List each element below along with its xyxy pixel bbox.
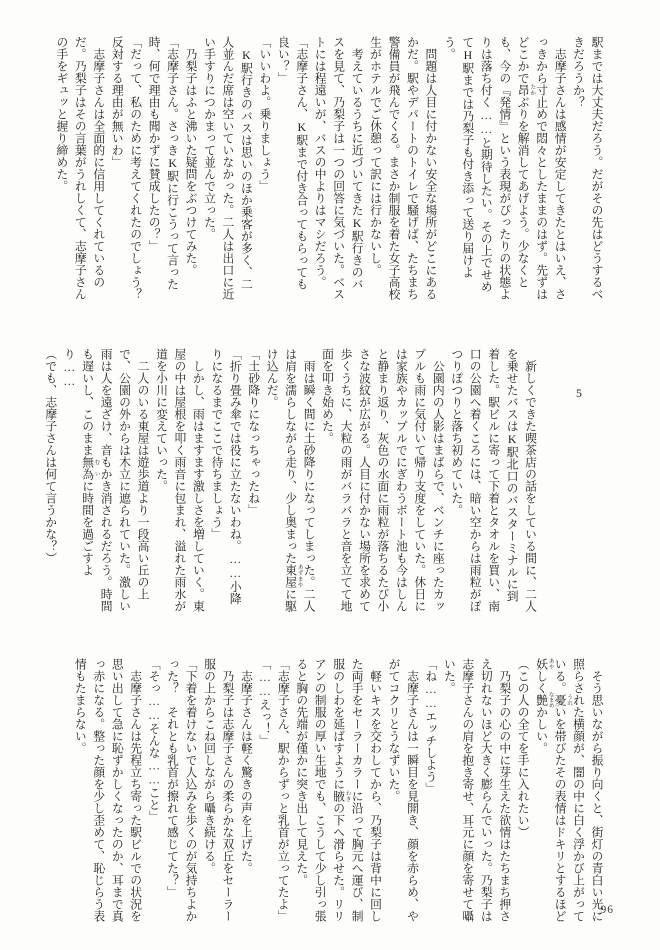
paragraph: （この人の全てを手に入れたい） (514, 658, 532, 923)
paragraph: 駅までは大丈夫だろう。だがその先はどうするべきだろうか？ (569, 36, 606, 301)
paragraph: 志摩子さんは一瞬目を見開き、顔を赤らめ、やがてコクリとうなずいた。 (385, 658, 422, 923)
paragraph: 雨は瞬く間に土砂降りになってしまった。二人は肩を濡らしながら走り、少し奥まった東… (263, 348, 318, 613)
section-number-heading: 5 (570, 348, 588, 613)
paragraph: 「いいわよ。乗りましょう」 (255, 36, 273, 301)
paragraph: 問題は人目に付かない安全な場所がどこにあるかだ。駅やデパートのトイレで騒げば、た… (366, 36, 440, 301)
paragraph: 「下着を着けないで人込みを歩くのが気持ちよかった？ それとも乳首が擦れて感じてた… (163, 658, 200, 923)
paragraph: 「土砂降りになっちゃったね」 (244, 348, 262, 613)
paragraph: 公園内の人影はまばらで、ベンチに座ったカップルも雨に気付いて帰り支度をしていた。… (318, 348, 447, 613)
paragraph: 「そっ……そんな……こと」 (145, 658, 163, 923)
paragraph: 「志摩子さん、駅からずっと乳首が立ってたよ」 (274, 658, 292, 923)
paragraph: 乃梨子は志摩子さんの柔らかな双丘をセーラー服の上からこね回しながら囁き続ける。 (200, 658, 237, 923)
page-number: 96 (601, 904, 615, 916)
band-3: そう思いながら振り向くと、街灯の青白い光に照らされた横顔が、闇の中に白く浮かび上… (66, 658, 606, 923)
paragraph: 軽いキスを交わしてから、乃梨子は背中に回した両手をセーラーカラーに沿って胸元へ運… (292, 658, 384, 923)
paragraph: そう思いながら振り向くと、街灯の青白い光に照らされた横顔が、闇の中に白く浮かび上… (532, 658, 606, 923)
paragraph: 乃梨子はふと沸いた疑問をぶつけてみた。 (182, 36, 200, 301)
paragraph: 「だって、私のために考えてくれたのでしょう？反対する理由が無いわ」 (108, 36, 145, 301)
paragraph: 二人のいる東屋は遊歩道より一段高い丘の上で、公園の外からは木立に遮られていた。激… (60, 348, 152, 613)
paragraph: 志摩子さんは全面的に信用してくれているのだ。乃梨子はその言葉がうれしくて、志摩子… (52, 36, 107, 301)
paragraph: 乃梨子の心の中に芽生えた欲情はたちまち押さえ切れないほど大きく膨らんでいった。乃… (440, 658, 514, 923)
paragraph: 「志摩子さん、K駅まで付き合ってもらっても良い？」 (274, 36, 311, 301)
paragraph: 「……えっ！」 (255, 658, 273, 923)
band-1: 駅までは大丈夫だろう。だがその先はどうするべきだろうか？ 志摩子さんは感情が安定… (66, 36, 606, 301)
paragraph: （でも、志摩子さんは何て言うかな？） (41, 348, 59, 613)
book-page: 駅までは大丈夫だろう。だがその先はどうするべきだろうか？ 志摩子さんは感情が安定… (0, 0, 660, 950)
paragraph: 志摩子さんは軽く驚きの声を上げた。 (237, 658, 255, 923)
band-2: 5 新しくできた喫茶店の話をしている間に、二人を乗せたバスはK駅北口のバスターミ… (66, 348, 606, 613)
paragraph: 新しくできた喫茶店の話をしている間に、二人を乗せたバスはK駅北口のバスターミナル… (447, 348, 539, 613)
paragraph: 「志摩子さん。さっきK駅に行こうって言った時、何で理由も聞かずに賛成したの？」 (145, 36, 182, 301)
paragraph: 志摩子さんは感情が安定してきたとはいえ、さっきから寸止めで悶々としたままのはず。… (440, 36, 569, 301)
paragraph: しかし、雨はますます激しさを増していく。東屋の中は屋根を叩く雨音に包まれ、溢れた… (152, 348, 207, 613)
paragraph: 志摩子さんは先程立ち寄った駅ビルでの状況を思い出して急に恥ずかしくなったのか、耳… (71, 658, 145, 923)
paragraph: 「折り畳み傘では役に立たないわね。……小降りになるまでここで待ちましょう」 (207, 348, 244, 613)
paragraph: K駅行きのバスは思いのほか乗客が多く、二人並んだ席は空いていなかった。二人は出口… (200, 36, 255, 301)
paragraph: 考えているうちに近づいてきたK駅行きのバスを見て、乃梨子は一つの回答に気づいた。… (311, 36, 366, 301)
paragraph: 「ね……エッチしよう」 (421, 658, 439, 923)
